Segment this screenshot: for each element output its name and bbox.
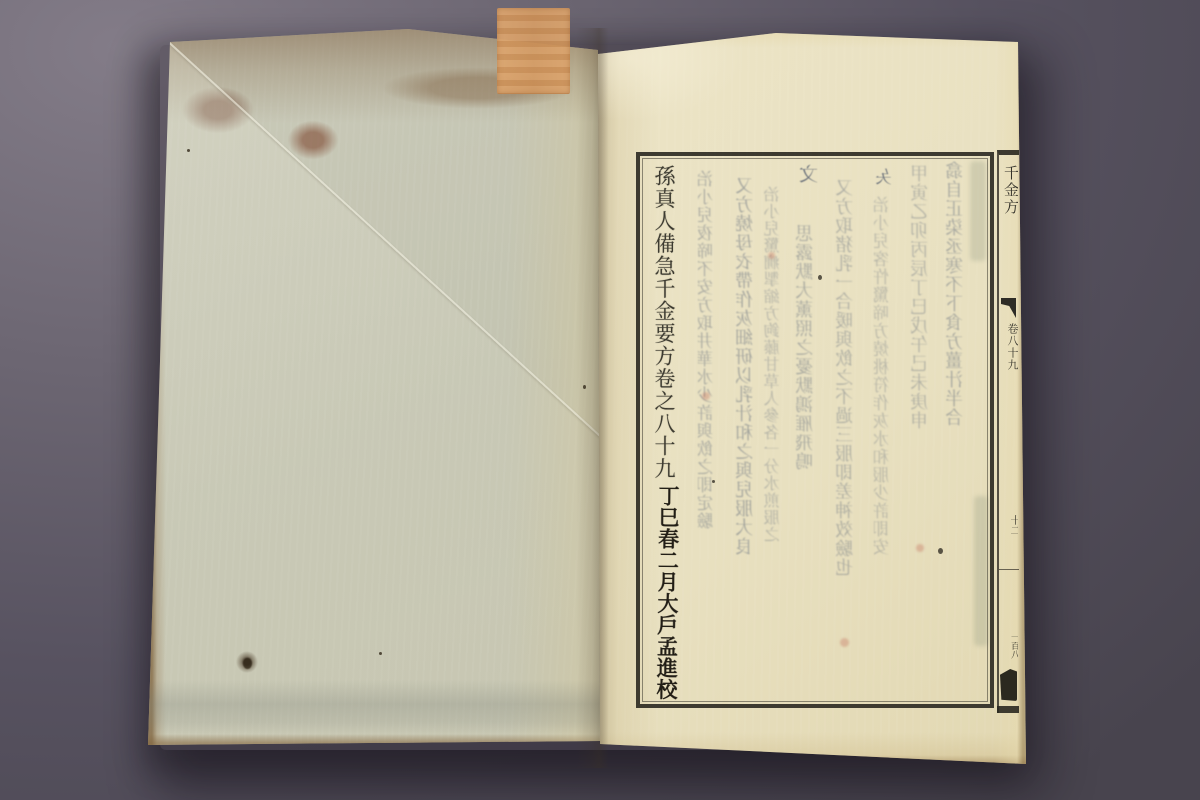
crease-highlight <box>148 28 600 746</box>
fishtail-mark <box>1001 298 1016 318</box>
foldmark-book-title: 千金方 <box>1000 165 1018 253</box>
volume-title-column: 孫真人備急千金要方卷之八十九 <box>646 165 674 480</box>
red-bleed-mark <box>840 638 849 647</box>
printed-border-frame: 治小兒夜啼不安方取井華水少許與飲之即定驗 又方燒母衣帶作灰細研以乳汁和之與兒服大… <box>636 152 994 708</box>
foldmark-page-number: 十二 <box>1000 515 1018 547</box>
photo-scene: 治小兒夜啼不安方取井華水少許與飲之即定驗 又方燒母衣帶作灰細研以乳汁和之與兒服大… <box>0 0 1200 800</box>
paper-label <box>497 8 570 94</box>
bleedthrough-dark-mark: 夨 <box>873 168 898 185</box>
crease-line <box>169 42 602 437</box>
left-page <box>148 28 600 746</box>
foldmark-leaf-number: 一百八 <box>1000 632 1018 672</box>
bleedthrough-column: 甲寅乙卯丙辰丁巳戊午己未庚申 <box>911 164 931 594</box>
speck <box>187 149 190 152</box>
ink-spot <box>243 658 252 669</box>
bleedthrough-column: 翕自正染丞寒不下食方薑汁半合 <box>946 161 966 691</box>
red-bleed-mark <box>768 252 775 259</box>
speck <box>379 652 382 655</box>
speck <box>938 548 943 554</box>
stain <box>974 496 988 646</box>
foldmark-volume: 卷八十九 <box>1000 323 1018 399</box>
bleedthrough-column: 思露默大薰照之憂默鴻雁飛鳴 <box>796 224 816 676</box>
bleedthrough-column: 治小兒客忤驚啼方燒桃符作灰水和服少許即安 <box>874 196 893 696</box>
bleedthrough-column: 治小兒驚癇掣縮方鉤藤甘草人參各一分水煎服之 <box>764 186 782 646</box>
speck <box>583 385 586 389</box>
colophon-column: 丁巳春二月大戶孟進校 <box>647 485 679 713</box>
speck <box>818 275 822 280</box>
bleedthrough-column: 又方取猪乳一合暖與飲之不過三服即差神效驗也 <box>836 178 856 698</box>
bleedthrough-column: 治小兒夜啼不安方取井華水少許與飲之即定驗 <box>698 170 717 690</box>
bleedthrough-dark-mark: 文 <box>796 164 823 183</box>
red-bleed-mark <box>702 392 710 400</box>
speck <box>712 480 715 483</box>
ink-blob <box>1000 669 1017 701</box>
right-page: 治小兒夜啼不安方取井華水少許與飲之即定驗 又方燒母衣帶作灰細研以乳汁和之與兒服大… <box>596 28 1026 768</box>
stain <box>970 161 986 261</box>
foldmark-divider <box>999 569 1019 570</box>
bleedthrough-column: 又方燒母衣帶作灰細研以乳汁和之與兒服大良 <box>736 176 756 691</box>
red-bleed-mark <box>916 544 924 552</box>
spine-fold-column: 千金方 卷八十九 十二 一百八 <box>997 150 1019 713</box>
